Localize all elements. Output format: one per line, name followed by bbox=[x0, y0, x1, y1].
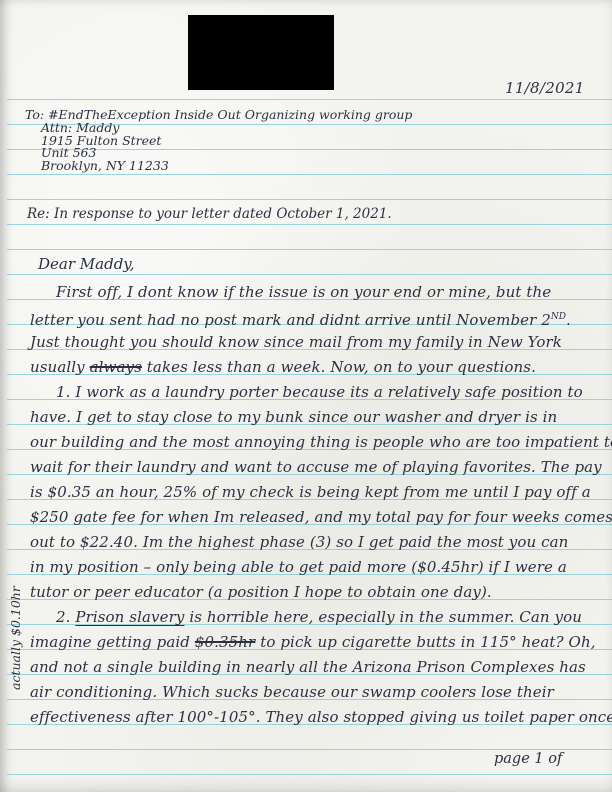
letter-line: air conditioning. Which sucks because ou… bbox=[30, 680, 605, 705]
letter-text: tutor or peer educator (a position I hop… bbox=[30, 583, 492, 601]
letter-line: tutor or peer educator (a position I hop… bbox=[30, 580, 605, 605]
letter-line: $250 gate fee for when Im released, and … bbox=[30, 505, 605, 530]
letter-date: 11/8/2021 bbox=[505, 79, 585, 97]
letter-text: imagine getting paid bbox=[30, 633, 195, 651]
letter-text: . bbox=[566, 311, 571, 329]
letter-line: have. I get to stay close to my bunk sin… bbox=[30, 405, 605, 430]
letter-text: to pick up cigarette butts in 115° heat?… bbox=[255, 633, 595, 651]
salutation: Dear Maddy, bbox=[38, 255, 135, 273]
page-number: page 1 of bbox=[494, 751, 562, 767]
letter-line: our building and the most annoying thing… bbox=[30, 430, 605, 455]
letter-text: our building and the most annoying thing… bbox=[30, 433, 612, 451]
letter-text-sup: ND bbox=[551, 312, 566, 322]
letter-text: First off, I dont know if the issue is o… bbox=[56, 283, 551, 301]
letter-line: First off, I dont know if the issue is o… bbox=[30, 280, 605, 305]
recipient-block: To: #EndTheException Inside Out Organizi… bbox=[25, 109, 412, 173]
letter-text: is $0.35 an hour, 25% of my check is bei… bbox=[30, 483, 591, 501]
letter-text: effectiveness after 100°-105°. They also… bbox=[30, 708, 612, 726]
letter-line: out to $22.40. Im the highest phase (3) … bbox=[30, 530, 605, 555]
letter-line: wait for their laundry and want to accus… bbox=[30, 455, 605, 480]
letter-text-strike: always bbox=[90, 358, 142, 376]
letter-text: and not a single building in nearly all … bbox=[30, 658, 586, 676]
letter-text: usually bbox=[30, 358, 90, 376]
margin-note-vertical: actually $0.10hr bbox=[8, 586, 23, 690]
letter-line: is $0.35 an hour, 25% of my check is bei… bbox=[30, 480, 605, 505]
letter-text: letter you sent had no post mark and did… bbox=[30, 311, 551, 329]
letter-text: takes less than a week. Now, on to your … bbox=[142, 358, 536, 376]
letter-text: have. I get to stay close to my bunk sin… bbox=[30, 408, 557, 426]
letter-text: wait for their laundry and want to accus… bbox=[30, 458, 602, 476]
letter-text-strike: $0.35hr bbox=[195, 633, 255, 651]
letter-body: First off, I dont know if the issue is o… bbox=[30, 280, 605, 730]
letter-line: effectiveness after 100°-105°. They also… bbox=[30, 705, 605, 730]
letter-text: 1. I work as a laundry porter because it… bbox=[56, 383, 583, 401]
letter-line: Just thought you should know since mail … bbox=[30, 330, 605, 355]
letter-line: 1. I work as a laundry porter because it… bbox=[30, 380, 605, 405]
letter-line: and not a single building in nearly all … bbox=[30, 655, 605, 680]
letter-text: is horrible here, especially in the summ… bbox=[184, 608, 582, 626]
letter-text: in my position – only being able to get … bbox=[30, 558, 567, 576]
letter-line: letter you sent had no post mark and did… bbox=[30, 305, 605, 330]
letter-line: 2. Prison slavery is horrible here, espe… bbox=[30, 605, 605, 630]
letter-page: 11/8/2021 To: #EndTheException Inside Ou… bbox=[0, 0, 612, 792]
letter-text: Just thought you should know since mail … bbox=[30, 333, 562, 351]
letter-text: $250 gate fee for when Im released, and … bbox=[30, 508, 612, 526]
letter-line: in my position – only being able to get … bbox=[30, 555, 605, 580]
letter-text: out to $22.40. Im the highest phase (3) … bbox=[30, 533, 568, 551]
letter-text-underline: Prison slavery bbox=[75, 608, 184, 626]
recipient-street-line: 1915 Fulton Street bbox=[41, 135, 412, 148]
recipient-city-line: Brooklyn, NY 11233 bbox=[41, 160, 412, 173]
subject-line: Re: In response to your letter dated Oct… bbox=[27, 206, 392, 222]
letter-line: imagine getting paid $0.35hr to pick up … bbox=[30, 630, 605, 655]
letter-line: usually always takes less than a week. N… bbox=[30, 355, 605, 380]
redaction-box bbox=[188, 15, 334, 90]
letter-text: 2. bbox=[56, 608, 75, 626]
letter-text: air conditioning. Which sucks because ou… bbox=[30, 683, 554, 701]
